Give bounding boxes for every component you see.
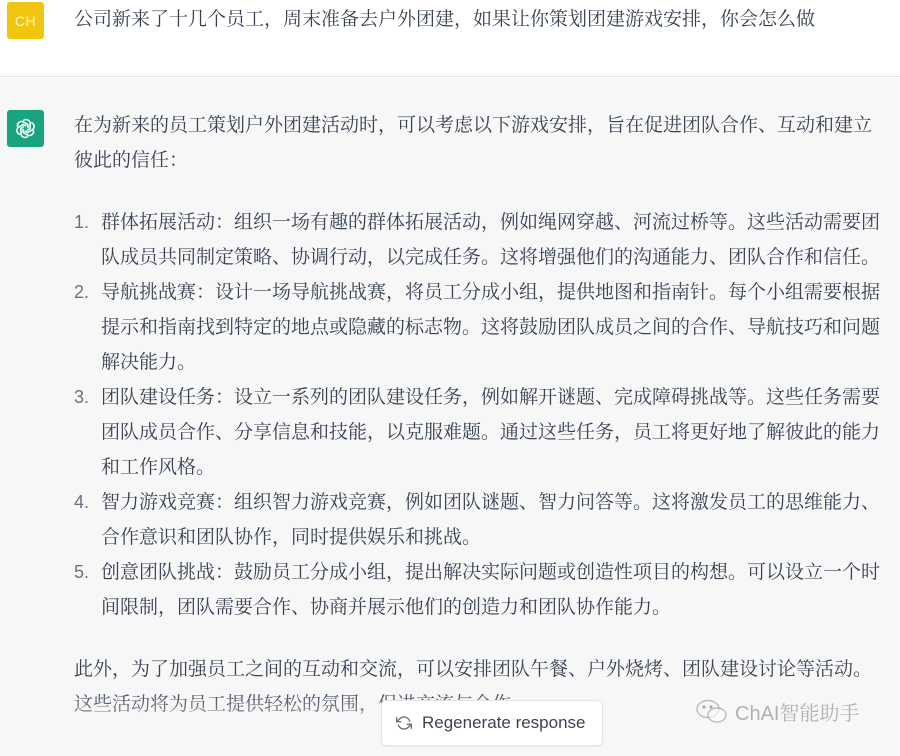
list-item: 4. 智力游戏竞赛：组织智力游戏竞赛，例如团队谜题、智力问答等。这将激发员工的思… — [74, 485, 890, 555]
user-message-text: 公司新来了十几个员工，周末准备去户外团建，如果让你策划团建游戏安排，你会怎么做 — [74, 4, 815, 34]
list-item: 2. 导航挑战赛：设计一场导航挑战赛，将员工分成小组，提供地图和指南针。每个小组… — [74, 275, 890, 380]
list-item: 1. 群体拓展活动：组织一场有趣的群体拓展活动，例如绳网穿越、河流过桥等。这些活… — [74, 205, 890, 275]
user-avatar: CH — [7, 2, 44, 39]
list-item: 3. 团队建设任务：设立一系列的团队建设任务，例如解开谜题、完成障碍挑战等。这些… — [74, 380, 890, 485]
regenerate-response-label: Regenerate response — [422, 713, 586, 733]
list-item-text: 智力游戏竞赛：组织智力游戏竞赛，例如团队谜题、智力问答等。这将激发员工的思维能力… — [101, 491, 880, 548]
assistant-avatar — [7, 110, 44, 147]
list-item-text: 群体拓展活动：组织一场有趣的群体拓展活动，例如绳网穿越、河流过桥等。这些活动需要… — [101, 211, 880, 268]
list-item-number: 5. — [74, 555, 89, 590]
assistant-intro: 在为新来的员工策划户外团建活动时，可以考虑以下游戏安排，旨在促进团队合作、互动和… — [74, 108, 890, 178]
regenerate-response-button[interactable]: Regenerate response — [381, 700, 603, 746]
list-item-text: 团队建设任务：设立一系列的团队建设任务，例如解开谜题、完成障碍挑战等。这些任务需… — [101, 386, 880, 478]
list-item-text: 导航挑战赛：设计一场导航挑战赛，将员工分成小组，提供地图和指南针。每个小组需要根… — [101, 281, 880, 373]
user-avatar-initials: CH — [15, 13, 36, 29]
refresh-icon — [396, 715, 412, 731]
list-item-number: 3. — [74, 380, 89, 415]
user-message: CH 公司新来了十几个员工，周末准备去户外团建，如果让你策划团建游戏安排，你会怎… — [0, 0, 900, 77]
list-item: 5. 创意团队挑战：鼓励员工分成小组，提出解决实际问题或创造性项目的构想。可以设… — [74, 555, 890, 625]
suggestion-list: 1. 群体拓展活动：组织一场有趣的群体拓展活动，例如绳网穿越、河流过桥等。这些活… — [74, 205, 890, 625]
list-item-number: 1. — [74, 205, 89, 240]
list-item-text: 创意团队挑战：鼓励员工分成小组，提出解决实际问题或创造性项目的构想。可以设立一个… — [101, 561, 880, 618]
list-item-number: 2. — [74, 275, 89, 310]
list-item-number: 4. — [74, 485, 89, 520]
assistant-message-content: 在为新来的员工策划户外团建活动时，可以考虑以下游戏安排，旨在促进团队合作、互动和… — [74, 108, 890, 722]
openai-logo-icon — [13, 116, 38, 141]
